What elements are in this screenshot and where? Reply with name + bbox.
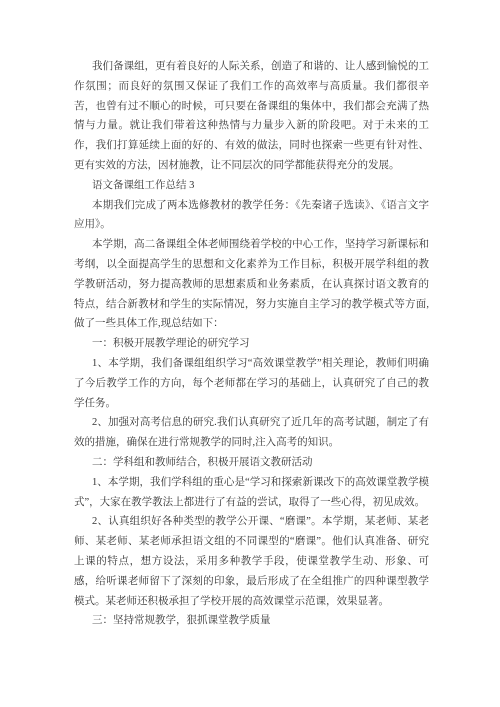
paragraph: 1、本学期，我们备课组组织学习“高效课堂教学”相关理论，教师们明确了今后教学工作…	[74, 354, 429, 413]
paragraph: 本期我们完成了两本选修教材的教学任务：《先秦诸子选读》、《语言文字应用》。	[74, 196, 429, 236]
section-heading: 一：积极开展教学理论的研究学习	[74, 334, 429, 354]
section-heading: 三：坚持常规教学，狠抓课堂教学质量	[74, 611, 429, 631]
document-title: 语文备课组工作总结 3	[74, 176, 429, 196]
paragraph: 本学期，高二备课组全体老师围绕着学校的中心工作，坚持学习新课标和考纲，以全面提高…	[74, 235, 429, 334]
paragraph: 2、加强对高考信息的研究.我们认真研究了近几年的高考试题，制定了有效的措施，确保…	[74, 413, 429, 453]
document-viewer: { "page": { "background": "#ffffff", "te…	[0, 0, 500, 707]
paragraph: 我们备课组，更有着良好的人际关系，创造了和谐的、让人感到愉悦的工作氛围；而良好的…	[74, 57, 429, 176]
paragraph: 2、认真组织好各种类型的教学公开课、“磨课”。本学期，某老师、某老师、某老师、某…	[74, 512, 429, 611]
document-body: 我们备课组，更有着良好的人际关系，创造了和谐的、让人感到愉悦的工作氛围；而良好的…	[74, 57, 429, 631]
document-page: 我们备课组，更有着良好的人际关系，创造了和谐的、让人感到愉悦的工作氛围；而良好的…	[0, 0, 500, 707]
section-heading: 二：学科组和教师结合，积极开展语文教研活动	[74, 453, 429, 473]
paragraph: 1、本学期，我们学科组的重心是“学习和探索新课改下的高效课堂教学模式”，大家在教…	[74, 473, 429, 513]
